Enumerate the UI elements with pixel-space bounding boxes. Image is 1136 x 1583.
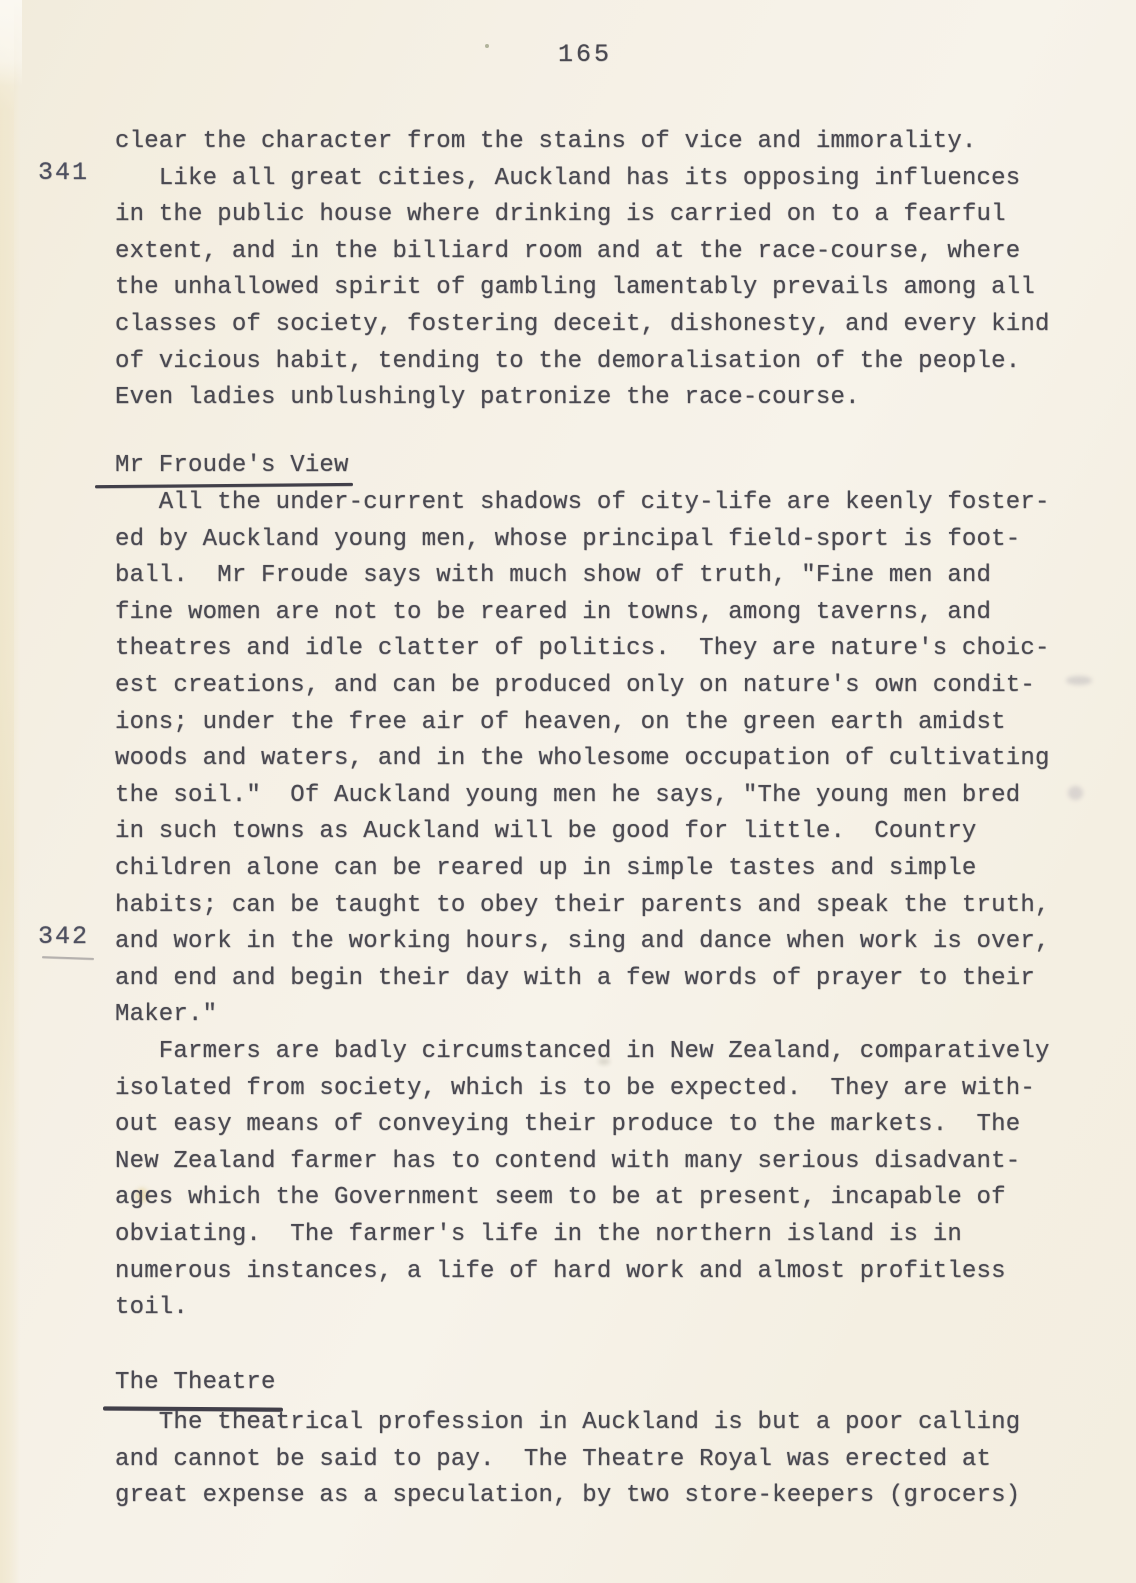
text-line: All the under-current shadows of city-li…: [115, 485, 1050, 522]
text-line: out easy means of conveying their produc…: [115, 1107, 1050, 1144]
text-line: in the public house where drinking is ca…: [115, 197, 1050, 234]
text-line: clear the character from the stains of v…: [115, 124, 1050, 161]
text-line: the unhallowed spirit of gambling lament…: [115, 270, 1050, 307]
text-line: The theatrical profession in Auckland is…: [115, 1405, 1020, 1442]
text-line: Even ladies unblushingly patronize the r…: [115, 380, 1050, 417]
section-heading-froudes-view: Mr Froude's View: [115, 448, 349, 485]
text-line: Maker.": [115, 997, 1050, 1034]
text-line: classes of society, fostering deceit, di…: [115, 307, 1050, 344]
scanned-document-page: 165 341 342 clear the character from the…: [0, 0, 1136, 1583]
scan-smudge: [1068, 786, 1083, 800]
margin-note-341: 341: [38, 158, 89, 187]
text-line: ages which the Government seem to be at …: [115, 1180, 1050, 1217]
text-line: great expense as a speculation, by two s…: [115, 1478, 1020, 1515]
text-line: est creations, and can be produced only …: [115, 668, 1050, 705]
paragraph: All the under-current shadows of city-li…: [115, 485, 1050, 1034]
text-line: ed by Auckland young men, whose principa…: [115, 522, 1050, 559]
text-line: Like all great cities, Auckland has its …: [115, 161, 1050, 198]
paragraph: Farmers are badly circumstanced in New Z…: [115, 1034, 1050, 1327]
text-line: isolated from society, which is to be ex…: [115, 1071, 1050, 1108]
text-line: Farmers are badly circumstanced in New Z…: [115, 1034, 1050, 1071]
text-line: children alone can be reared up in simpl…: [115, 851, 1050, 888]
text-line: habits; can be taught to obey their pare…: [115, 888, 1050, 925]
page-number: 165: [0, 40, 1136, 69]
text-line: woods and waters, and in the wholesome o…: [115, 741, 1050, 778]
section-heading-the-theatre: The Theatre: [115, 1365, 276, 1402]
text-line: and cannot be said to pay. The Theatre R…: [115, 1442, 1020, 1479]
text-line: and end and begin their day with a few w…: [115, 961, 1050, 998]
text-line: ions; under the free air of heaven, on t…: [115, 705, 1050, 742]
paragraph: The theatrical profession in Auckland is…: [115, 1405, 1020, 1515]
text-line: fine women are not to be reared in towns…: [115, 595, 1050, 632]
text-line: in such towns as Auckland will be good f…: [115, 814, 1050, 851]
margin-note-342: 342: [38, 922, 89, 951]
scan-edge-tone: [0, 0, 14, 1583]
text-line: the soil." Of Auckland young men he says…: [115, 778, 1050, 815]
text-line: New Zealand farmer has to contend with m…: [115, 1144, 1050, 1181]
text-line: and work in the working hours, sing and …: [115, 924, 1050, 961]
text-line: obviating. The farmer's life in the nort…: [115, 1217, 1050, 1254]
text-line: of vicious habit, tending to the demoral…: [115, 344, 1050, 381]
text-line: ball. Mr Froude says with much show of t…: [115, 558, 1050, 595]
margin-note-underline: [42, 956, 94, 960]
text-line: toil.: [115, 1290, 1050, 1327]
text-line: extent, and in the billiard room and at …: [115, 234, 1050, 271]
paragraph: clear the character from the stains of v…: [115, 124, 1050, 417]
scan-smudge: [1066, 676, 1092, 685]
text-line: numerous instances, a life of hard work …: [115, 1254, 1050, 1291]
text-line: theatres and idle clatter of politics. T…: [115, 631, 1050, 668]
